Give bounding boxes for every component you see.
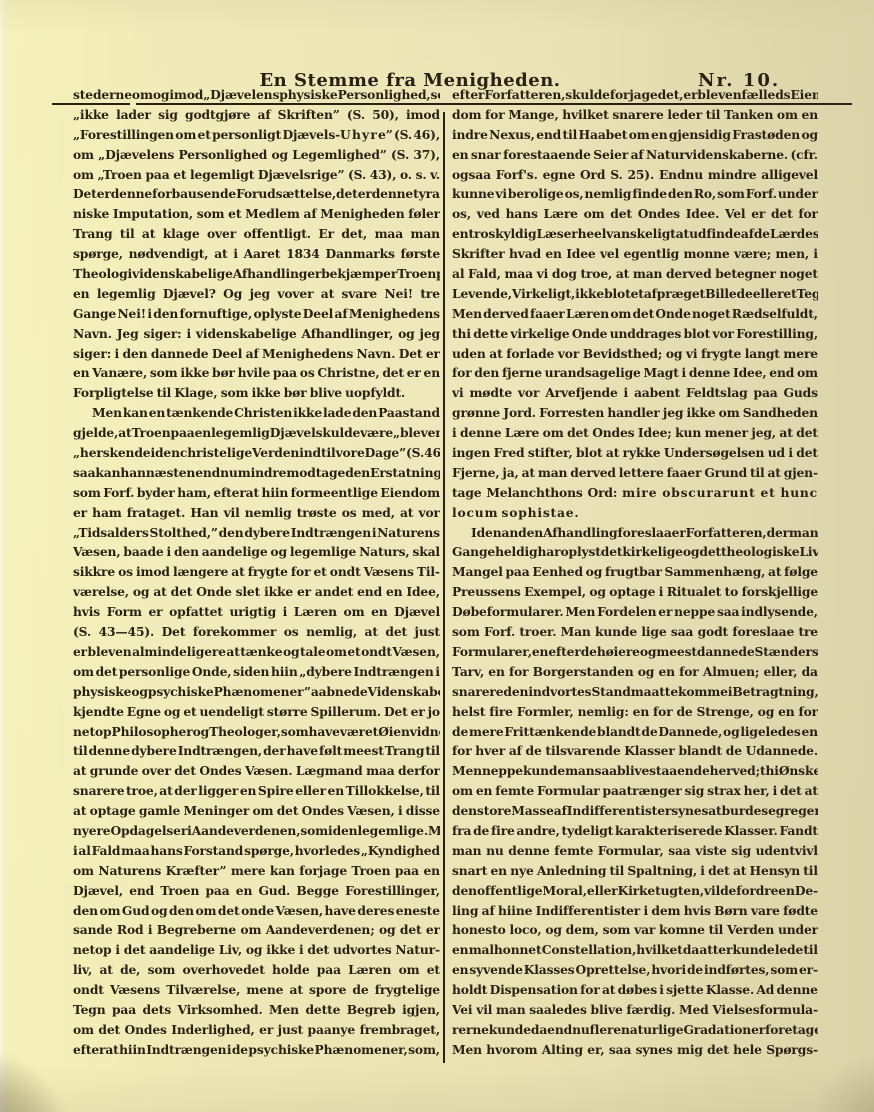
- text-line: IdenandenAfhandlingforeslaaerForfatteren…: [452, 523, 818, 543]
- text-line: Djævel,endTroenpaaenGud.BeggeForestillin…: [73, 881, 440, 901]
- text-line: holdtDispensationforatdøbesisjetteKlasse…: [452, 980, 818, 1000]
- text-line: nyereOpdagelseriAandeverdenen,somidenleg…: [73, 821, 440, 841]
- text-line: denomGudogdenomdetondeVæsen,havederesene…: [73, 901, 440, 921]
- text-line: siger:idendannedeDeelafMenighedensNavn.D…: [73, 344, 440, 364]
- text-line: enmalhonnetConstellation,hvilketdaatterk…: [452, 940, 818, 960]
- text-line: Døbeformularer.MenFordelenerneppesaaindl…: [452, 602, 818, 622]
- text-line: MangelpaaEenhedogfrugtbarSammenhæng,atfø…: [452, 562, 818, 582]
- text-line: locumsophistae.: [452, 503, 818, 523]
- text-line: ogsaaForf's.egneOrdS.25).Endnumindrealli…: [452, 165, 818, 185]
- text-line: physiskeogpsychiskePhænomener”aabnedeVid…: [73, 682, 440, 702]
- text-line: Tarv,enforBorgerstandenogenforAlmuen;ell…: [452, 662, 818, 682]
- text-line: niskeImputation,sometMedlemafMenighedenf…: [73, 204, 440, 224]
- text-line: netopidetaandeligeLiv,ogikkeidetudvortes…: [73, 940, 440, 960]
- text-line: ensnarforestaaendeSeierafNaturvidenskabe…: [452, 145, 818, 165]
- text-line: snartennyeAnledningtilSpaltning,idetatHe…: [452, 861, 818, 881]
- text-line: Fjerne,ja,atmandervedletterefaaerGrundti…: [452, 463, 818, 483]
- text-line: GangeNei!idenfornuftige,oplysteDeelafMen…: [73, 304, 440, 324]
- text-line: lingafhiineIndifferentisteridemhvisBørnv…: [452, 901, 818, 921]
- text-line: Trangtilatklageoveroffentligt.Erdet,maam…: [73, 224, 440, 244]
- text-line: Veivilmansaaledesblivefærdig.MedVielsesf…: [452, 1000, 818, 1020]
- text-line: PreussensExempel,ogoptageiRitualettofors…: [452, 582, 818, 602]
- text-line: efterForfatteren,skuldeforjagedet,erblev…: [452, 85, 818, 105]
- text-line: mannudennefemteFormular,saavistesigudent…: [452, 841, 818, 861]
- column-divider-rule: [443, 112, 445, 1063]
- text-line: tildennedybereIndtrængen,derhaveføltmees…: [73, 741, 440, 761]
- text-line: TegnpaadetsVirksomhed.MendetteBegrebigje…: [73, 1000, 440, 1020]
- text-line: ingenFredstifter,blotatrykkeUndersøgelse…: [452, 443, 818, 463]
- text-line: (S.43—45).Detforekommerosnemlig,atdetjus…: [73, 622, 440, 642]
- text-line: omdetOndesInderlighed,erjustpaanyefrembr…: [73, 1020, 440, 1040]
- text-line: om„TroenpaaetlegemligtDjævelsrige”(S.43)…: [73, 165, 440, 185]
- text-line: vimødtevorArvefjendeiaabentFeldtslagpaaG…: [452, 383, 818, 403]
- text-line: netopPhilosopherogTheologer,somhaveværet…: [73, 722, 440, 742]
- text-line: enVanære,somikkebørhvilepaaosChristne,de…: [73, 363, 440, 383]
- text-line: sikkreosimodlængereatfrygteforetondtVæse…: [73, 562, 440, 582]
- text-line: Menneppekundemansaablivestaaendeherved;t…: [452, 761, 818, 781]
- text-line: snareretroe,atderliggerenSpireellerenTil…: [73, 781, 440, 801]
- text-line: honestoloco,ogdem,somvarkomnetilVerdenun…: [452, 920, 818, 940]
- text-line: alFald,maavidogtroe,atmandervedbetegnern…: [452, 264, 818, 284]
- text-line: Gangeheldigharoplystdetkirkeligeogdetthe…: [452, 542, 818, 562]
- text-line: entroskyldigLæserheelvanskeligtatudfinde…: [452, 224, 818, 244]
- text-line: gjelde,atTroenpaaenlegemligDjævelskuldev…: [73, 423, 440, 443]
- text-line: MenhvoromAltinger,saasynesmigdetheleSpør…: [452, 1040, 818, 1060]
- text-line: atgrundeoverdetOndesVæsen.Lægmandmaaderf…: [73, 761, 440, 781]
- text-line: MendervedfaaerLærenomdetOndenogetRædself…: [452, 304, 818, 324]
- text-line: om„DjævelensPersonlighedogLegemlighed”(S…: [73, 145, 440, 165]
- text-line: kunneviberoligeos,nemligfindedenRo,somFo…: [452, 184, 818, 204]
- text-line: forhverafdetilsvarendeKlasserblandtdeUda…: [452, 741, 818, 761]
- text-line: værelse,ogatdetOndesletikkeerandetendenI…: [73, 582, 440, 602]
- text-line: denoffentligeMoral,ellerKirketugten,vild…: [452, 881, 818, 901]
- text-line: erblevenalmindeligereattænkeogtaleometon…: [73, 642, 440, 662]
- text-line: TheologividenskabeligeAfhandlingerbekjæm…: [73, 264, 440, 284]
- text-line: tageMelanchthonsOrd:mireobscuraruntethun…: [452, 483, 818, 503]
- text-line: os,vedhansLæreomdetOndesIdee.Velerdetfor: [452, 204, 818, 224]
- text-line: ensyvendeKlassesOprettelse,hvorideindfør…: [452, 960, 818, 980]
- text-line: hvisFormeropfatteturigtigiLærenomenDjæve…: [73, 602, 440, 622]
- text-line: stederneomogimod„DjævelensphysiskePerson…: [73, 85, 440, 105]
- text-line: spørge,nødvendigt,atiAaret1834Danmarksfø…: [73, 244, 440, 264]
- text-line: indreNexus,endtilHaabetomengjensidigFras…: [452, 125, 818, 145]
- text-line: kjendteEgneogetuendeligtstørreSpillerum.…: [73, 702, 440, 722]
- text-line: ialFaldmaahansForstandspørge,hvorledes„K…: [73, 841, 440, 861]
- text-line: „herskendeidenchristeligeVerdenindtilvor…: [73, 443, 440, 463]
- right-column: efterForfatteren,skuldeforjagedet,erblev…: [452, 85, 818, 1060]
- text-line: enlegemligDjævel?OgjegvoveratsvareNei!tr…: [73, 284, 440, 304]
- text-line: ForpligtelsetilKlage,somikkebørbliveuopf…: [73, 383, 440, 403]
- text-line: grønneJord.ForrestenhandlerjegikkeomSand…: [452, 403, 818, 423]
- text-line: rernekundedaendnuflerenaturligeGradation…: [452, 1020, 818, 1040]
- text-line: saakanhannæstenendnumindremodtagedenErst…: [73, 463, 440, 483]
- text-line: erhamfrataget.Hanvilnemligtrøsteosmed,at…: [73, 503, 440, 523]
- text-line: fordenfjerneurandsageligeMagtidenneIdee,…: [452, 363, 818, 383]
- text-line: omdetpersonligeOnde,sidenhiin„dybereIndt…: [73, 662, 440, 682]
- text-line: efterathiinIndtrængenidepsychiskePhænome…: [73, 1040, 440, 1060]
- text-line: Navn.Jegsiger:ividenskabeligeAfhandlinge…: [73, 324, 440, 344]
- text-line: liv,atde,somoverhovedetholdepaaLærenomet: [73, 960, 440, 980]
- text-line: omenfemteFormularpaatrængersigstraxher,i…: [452, 781, 818, 801]
- text-line: fradefireandre,tydeligtkarakteriseredeKl…: [452, 821, 818, 841]
- text-line: „TidsaldersStolthed,”dendybereIndtrængen…: [73, 523, 440, 543]
- text-line: MenkanentænkendeChristenikkeladedenPaast…: [73, 403, 440, 423]
- text-line: atoptagegamleMeningeromdetOndesVæsen,idi…: [73, 801, 440, 821]
- text-line: demereFrittænkendeblandtdeDannede,oglige…: [452, 722, 818, 742]
- text-line: Formularer,enefterdehøiereogmeestdannede…: [452, 642, 818, 662]
- text-line: somForf.byderham,efterathiinformeentlige…: [73, 483, 440, 503]
- text-line: „ikkeladersiggodtgjøreafSkriften”(S.50),…: [73, 105, 440, 125]
- text-line: helstfireFormler,nemlig:enfordeStrenge,o…: [452, 702, 818, 722]
- text-line: ondtVæsensTilværelse,meneatsporedefrygte…: [73, 980, 440, 1000]
- text-line: idenneLæreomdetOndesIdee;kunmenerjeg,atd…: [452, 423, 818, 443]
- text-line: Væsen,baadeidenaandeligeoglegemligeNatur…: [73, 542, 440, 562]
- text-line: „ForestillingenometpersonligtDjævels-Uhy…: [73, 125, 440, 145]
- page-edge-highlight: [0, 0, 7, 1112]
- text-line: SkrifterhvadenIdeevelegentligmonnevære;m…: [452, 244, 818, 264]
- text-line: sandeRodiBegreberneomAandeverdenen;ogdet…: [73, 920, 440, 940]
- text-line: snareredenindvortesStandmaattekommeiBetr…: [452, 682, 818, 702]
- text-line: somForf.troer.Mankundeligesaagodtforesla…: [452, 622, 818, 642]
- left-column: stederneomogimod„DjævelensphysiskePerson…: [73, 85, 440, 1060]
- text-line: denstoreMasseafIndifferentistersynesatbu…: [452, 801, 818, 821]
- text-line: omNaturensKræfter”merekanforjageTroenpaa…: [73, 861, 440, 881]
- text-line: thidettevirkeligeOndeunddragesblotvorFor…: [452, 324, 818, 344]
- text-line: Levende,Virkeligt,ikkeblotetafprægetBill…: [452, 284, 818, 304]
- text-line: udenatforladevorBevidsthed;ogvifrygtelan…: [452, 344, 818, 364]
- text-line: domforMange,hvilketsnarereledertilTanken…: [452, 105, 818, 125]
- text-line: DeterdenneforbausendeForudsættelse,deter…: [73, 184, 440, 204]
